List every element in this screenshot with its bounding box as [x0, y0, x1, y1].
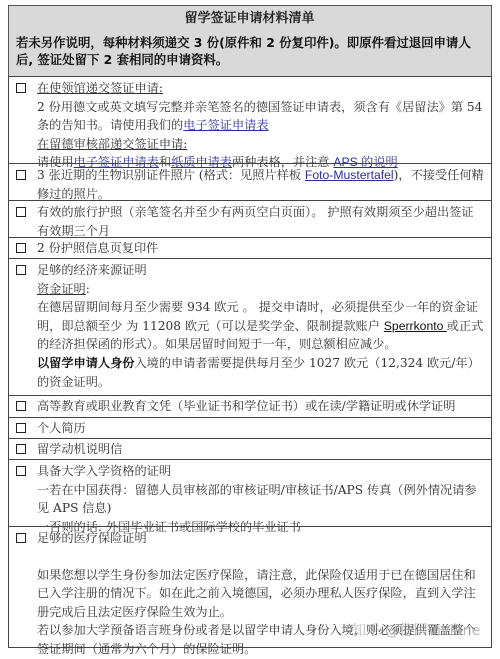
checklist-item-application-form: 在使领馆递交签证申请: 2 份用德文或英文填写完整并亲笔签名的德国签证申请表，须…	[8, 76, 492, 163]
insurance-heading: 足够的医疗保险证明	[37, 529, 485, 548]
funds-subheading: 资金证明	[37, 282, 86, 296]
education-text: 高等教育或职业教育文凭（毕业证书和学位证书）或在读/学籍证明或休学证明	[37, 399, 455, 413]
foto-mustertafel-link[interactable]: Foto-Mustertafel	[305, 168, 394, 182]
checkbox[interactable]	[16, 466, 26, 476]
motivation-text: 留学动机说明信	[37, 442, 122, 456]
checklist-item-motivation-letter: 留学动机说明信	[8, 438, 492, 459]
sperrkonto-link[interactable]: Sperrkonto	[384, 319, 447, 333]
checklist-item-photos: 3 张近期的生物识别证件照片 (格式：见照片样板 Foto-Mustertafe…	[8, 163, 492, 200]
checklist-item-passport-copies: 2 份护照信息页复印件	[8, 237, 492, 258]
checkbox[interactable]	[16, 207, 26, 217]
checkbox[interactable]	[16, 170, 26, 180]
checkbox[interactable]	[16, 423, 26, 433]
checkbox[interactable]	[16, 444, 26, 454]
entrance-heading: 具备大学入学资格的证明	[37, 462, 485, 481]
photos-text-1: 3 张近期的生物识别证件照片 (格式：见照片样板	[37, 168, 305, 182]
watermark: 知乎 @德国Viviane	[352, 620, 480, 640]
checkbox[interactable]	[16, 401, 26, 411]
document-title: 留学签证申请材料清单	[16, 10, 483, 28]
checkbox[interactable]	[16, 533, 26, 543]
checklist-item-university-entrance: 具备大学入学资格的证明 一若在中国获得：留德人员审核部的审核证明/审核证书/AP…	[8, 459, 492, 526]
checklist-header: 留学签证申请材料清单 若未另作说明，每种材料须递交 3 份(原件和 2 份复印件…	[8, 5, 492, 76]
passport-text: 有效的旅行护照（亲笔签名并至少有两页空白页面）。 护照有效期须至少超出签证有效期…	[37, 205, 474, 238]
e-visa-form-link[interactable]: 电子签证申请表	[183, 118, 268, 132]
checklist-item-passport: 有效的旅行护照（亲笔签名并至少有两页空白页面）。 护照有效期须至少超出签证有效期…	[8, 200, 492, 237]
checklist-document: 留学签证申请材料清单 若未另作说明，每种材料须递交 3 份(原件和 2 份复印件…	[8, 5, 492, 648]
aps-heading: 在留德审核部递交签证申请:	[37, 137, 187, 151]
embassy-heading: 在使领馆递交签证申请:	[37, 81, 163, 95]
funds-subheading-colon: :	[86, 282, 90, 296]
insurance-text-1: 如果您想以学生身份参加法定医疗保险，请注意，此保险仅适用于已在德国居住和已入学注…	[37, 566, 485, 622]
checklist-item-cv: 个人简历	[8, 417, 492, 438]
passport-copies-text: 2 份护照信息页复印件	[37, 241, 158, 255]
checkbox[interactable]	[16, 265, 26, 275]
applicant-status-bold: 以留学申请人身份	[37, 356, 135, 370]
header-note: 若未另作说明，每种材料须递交 3 份(原件和 2 份复印件)。即原件看过退回申请…	[16, 34, 483, 68]
checkbox[interactable]	[16, 83, 26, 93]
cv-text: 个人简历	[37, 421, 86, 435]
financial-heading: 足够的经济来源证明	[37, 261, 485, 280]
entrance-text-china: 一若在中国获得：留德人员审核部的审核证明/审核证书/APS 传真（例外情况请参见…	[37, 481, 485, 518]
checkbox[interactable]	[16, 243, 26, 253]
checklist-item-education-certificates: 高等教育或职业教育文凭（毕业证书和学位证书）或在读/学籍证明或休学证明	[8, 395, 492, 417]
checklist-item-financial-proof: 足够的经济来源证明 资金证明: 在德居留期间每月至少需要 934 欧元 。 提交…	[8, 258, 492, 395]
